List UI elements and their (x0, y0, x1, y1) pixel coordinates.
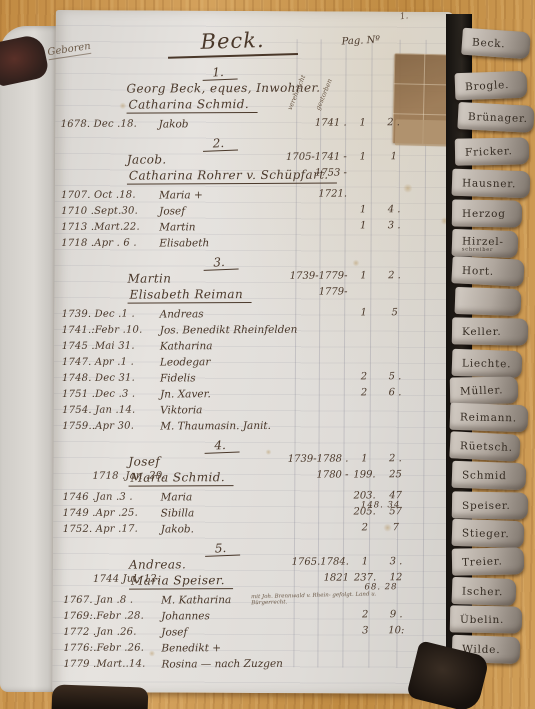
birth-date: 1718 .Apr . 6 . (61, 238, 137, 249)
birth-date: 1678. Dec .18. (61, 119, 137, 130)
tab-label: Hirzel-schreiber (452, 235, 504, 252)
spouse-name: Maria Speiser. (129, 573, 233, 590)
child-name: Johannes (161, 610, 210, 622)
pag-value: 1 (350, 307, 378, 318)
child-name: Jn. Xaver. (160, 388, 211, 400)
birth-date: 1745 .Mai 31. (62, 341, 135, 352)
pag-value: 3 (351, 625, 379, 636)
tab-label: Speiser. (452, 499, 511, 511)
index-tab: Schmid (452, 461, 527, 491)
birth-date: 1741.:Febr .10. (62, 325, 143, 336)
tab-label: Rüetsch. (450, 439, 513, 453)
birth-date: 1747. Apr .1 . (62, 357, 134, 368)
page-number: 1. (399, 11, 409, 22)
child-name: Sibilla (161, 507, 195, 519)
birth-date: 1707. Oct .18. (61, 190, 136, 201)
photo-scene: Geboren Beck. Pag. Nº verehelicht gestor… (0, 0, 535, 709)
child-name: Jakob (159, 118, 189, 130)
pag-value: 1 (349, 117, 377, 128)
birth-date: 1746 .Jan .3 . (63, 492, 133, 503)
tab-label: Keller. (452, 325, 502, 337)
marriage-death-dates: 1721. (277, 189, 347, 200)
register-page: Geboren Beck. Pag. Nº verehelicht gestor… (52, 10, 454, 694)
index-tab: Ischer. (452, 577, 517, 606)
pag-value: 1 (349, 220, 377, 231)
birth-date: 1713 .Mart.22. (61, 222, 140, 233)
index-tab: Übelin. (450, 605, 522, 633)
tab-label: Schmid (452, 469, 507, 482)
tab-label: Reimann. (450, 411, 517, 424)
section-number: 2. (202, 135, 238, 151)
spouse-name: Josef (128, 454, 160, 468)
marriage-death-dates: 1780 - (278, 470, 348, 481)
section-number: 4. (204, 437, 240, 453)
birth-date: 1769:.Febr .28. (63, 611, 144, 622)
index-tab: Rüetsch. (449, 431, 520, 462)
child-name: Jakob. (161, 523, 194, 535)
birth-date: 1767. Jan .8 . (63, 595, 133, 606)
no-value: 3 . (379, 220, 409, 231)
child-name: Elisabeth (159, 237, 209, 249)
tab-label: Ischer. (452, 585, 503, 598)
index-tab: Stieger. (452, 519, 525, 548)
marriage-death-dates: 1821 (279, 572, 349, 583)
child-name: Leodegar (160, 356, 211, 368)
pag-value: 1 (350, 453, 378, 464)
child-name: M. Katharina (161, 594, 231, 606)
child-name: M. Thaumasin. Janit. (160, 420, 271, 433)
family-name-title: Beck. (167, 27, 298, 59)
birth-date: 1751 .Dec .3 . (62, 389, 135, 400)
pag-value: 1 (349, 204, 377, 215)
no-value: 2 . (379, 117, 409, 128)
section-number: 5. (205, 540, 241, 556)
spouse-name: Martin (127, 271, 171, 285)
index-tab: Speiser. (452, 491, 528, 519)
birth-date: 1759..Apr 30. (62, 421, 134, 432)
no-value: 9 . (381, 609, 411, 620)
birth-date: 1752. Apr .17. (63, 524, 138, 535)
pag-value: 2 (351, 522, 379, 533)
no-value: 6 . (380, 387, 410, 398)
tab-label: Liechte. (452, 357, 512, 370)
child-name: Jos. Benedikt Rheinfelden (160, 324, 298, 337)
register-row: 1759..Apr 30.M. Thaumasin. Janit. (54, 419, 452, 437)
index-tab: Treier. (452, 547, 524, 575)
spouse-name: Georg Beck, eques, Inwohner. (126, 81, 320, 96)
index-tab: Fricker. (455, 137, 529, 165)
pag-value: 1 (351, 556, 379, 567)
register-row: 1779 .Mart..14.Rosina — nach Zuzgen (55, 657, 453, 675)
birth-date: 1748. Dec 31. (62, 373, 135, 384)
birth-date: 1749 .Apr .25. (63, 508, 138, 519)
pag-no-column-header: Pag. Nº (341, 35, 380, 48)
index-tab: Brogle. (455, 71, 528, 100)
child-name: Fidelis (160, 372, 196, 384)
tab-label: Müller. (450, 384, 504, 398)
pag-value: 199. (350, 469, 378, 480)
tab-label: Übelin. (450, 613, 504, 625)
index-tab: Müller. (450, 376, 518, 404)
index-tab: Keller. (452, 317, 528, 345)
no-value: 4 . (379, 204, 409, 215)
marriage-death-dates: 1741 . (277, 118, 347, 129)
child-name: Benedikt + (161, 642, 221, 654)
tab-label: Brogle. (455, 78, 510, 93)
birth-date: 1710 .Sept.30. (61, 206, 138, 217)
index-tab: Herzog (452, 199, 522, 227)
pag-value: 1 (349, 270, 377, 281)
marriage-death-dates: 1779- (277, 287, 347, 298)
index-tab: Brünager. (457, 102, 534, 133)
no-value: 3 . (381, 556, 411, 567)
tab-label: Beck. (462, 36, 506, 50)
child-name: Josef (161, 626, 187, 638)
couple-line: Catharina Schmid. (52, 96, 450, 114)
pag-value: 2 (351, 609, 379, 620)
tab-label: Hort. (452, 264, 494, 277)
birth-date: 1776:.Febr .26. (63, 643, 144, 654)
register-entries: 1.Georg Beck, eques, Inwohner.Catharina … (52, 62, 453, 675)
tab-label: Fricker. (455, 145, 513, 159)
no-value: 2 . (379, 270, 409, 281)
pag-value: 2 (350, 371, 378, 382)
child-name: Andreas (160, 308, 204, 320)
no-value: 57 (381, 506, 411, 517)
no-value: 1 (379, 151, 409, 162)
birth-date: 1739. Dec .1 . (62, 309, 135, 320)
index-tab: Hort. (451, 256, 524, 287)
tab-label: Herzog (452, 207, 506, 219)
birth-date: 1754. Jan .14. (62, 405, 135, 416)
birth-date: 1772 .Jan .26. (63, 627, 136, 638)
tab-label: Stieger. (452, 527, 510, 540)
couple-line: 1718 .Jan .29.Maria Schmid.1780 -199.25 (54, 469, 452, 487)
tab-label: Brünager. (458, 110, 528, 124)
index-tab: Reimann. (450, 403, 529, 433)
pag-value: 205. (351, 506, 379, 517)
birth-date: 1779 .Mart..14. (63, 659, 145, 670)
register-row: 1678. Dec .18.Jakob1741 .12 . (53, 117, 451, 135)
couple-line: Elisabeth Reiman1779- (53, 286, 451, 304)
child-name: Josef (159, 205, 185, 217)
margin-note: mit Joh. Brennwald v. Rhein- gefolgt. La… (251, 591, 391, 606)
child-name: Viktoria (160, 404, 202, 416)
tab-label: Hausner. (452, 177, 516, 190)
spouse-name: Elisabeth Reiman (127, 287, 251, 304)
index-tab: Hausner. (452, 169, 531, 199)
section-number: 3. (203, 254, 239, 270)
spouse-name: Maria Schmid. (128, 470, 233, 487)
spouse-name: Catharina Schmid. (126, 97, 257, 114)
register-row: 1718 .Apr . 6 .Elisabeth (53, 236, 451, 254)
spouse-name: Andreas. (129, 557, 186, 571)
index-tab: Hirzel-schreiber (452, 229, 519, 258)
spouse-name: Jacob. (127, 152, 167, 166)
child-name: Martin (159, 221, 195, 233)
marriage-death-dates: 1753 - (277, 168, 347, 179)
child-name: Maria (161, 491, 193, 503)
couple-line: 1744 Jul; 12.Maria Speiser.1821237.1268.… (55, 572, 453, 590)
marriage-death-dates: 1739-1788 . (278, 454, 348, 465)
no-value: 2 . (380, 453, 410, 464)
section-number: 1. (202, 64, 238, 80)
marriage-death-dates: 1765.1784. (279, 556, 349, 567)
no-value: 25 (380, 469, 410, 480)
couple-line: Catharina Rohrer v. Schüpfart.1753 - (53, 167, 451, 185)
child-name: Rosina — nach Zuzgen (161, 658, 283, 671)
no-value: 10: (381, 625, 411, 636)
no-value: 5 (380, 307, 410, 318)
index-tab: Liechte. (452, 349, 523, 378)
marriage-death-dates: 1705-1741 - (277, 152, 347, 163)
pag-value: 1 (349, 151, 377, 162)
tab-label: Treier. (452, 555, 503, 569)
book-cover-corner-bottom-left (52, 684, 149, 709)
child-name: Maria + (159, 189, 203, 201)
pag-value: 2 (350, 387, 378, 398)
child-name: Katharina (160, 340, 213, 352)
marriage-death-dates: 1739-1779- (277, 271, 347, 282)
no-value: 5 . (380, 371, 410, 382)
index-tab: Beck. (461, 28, 531, 60)
index-tab (455, 287, 522, 316)
register-row: 1752. Apr .17.Jakob.27 (55, 522, 453, 540)
tab-sublabel: schreiber (462, 247, 504, 252)
